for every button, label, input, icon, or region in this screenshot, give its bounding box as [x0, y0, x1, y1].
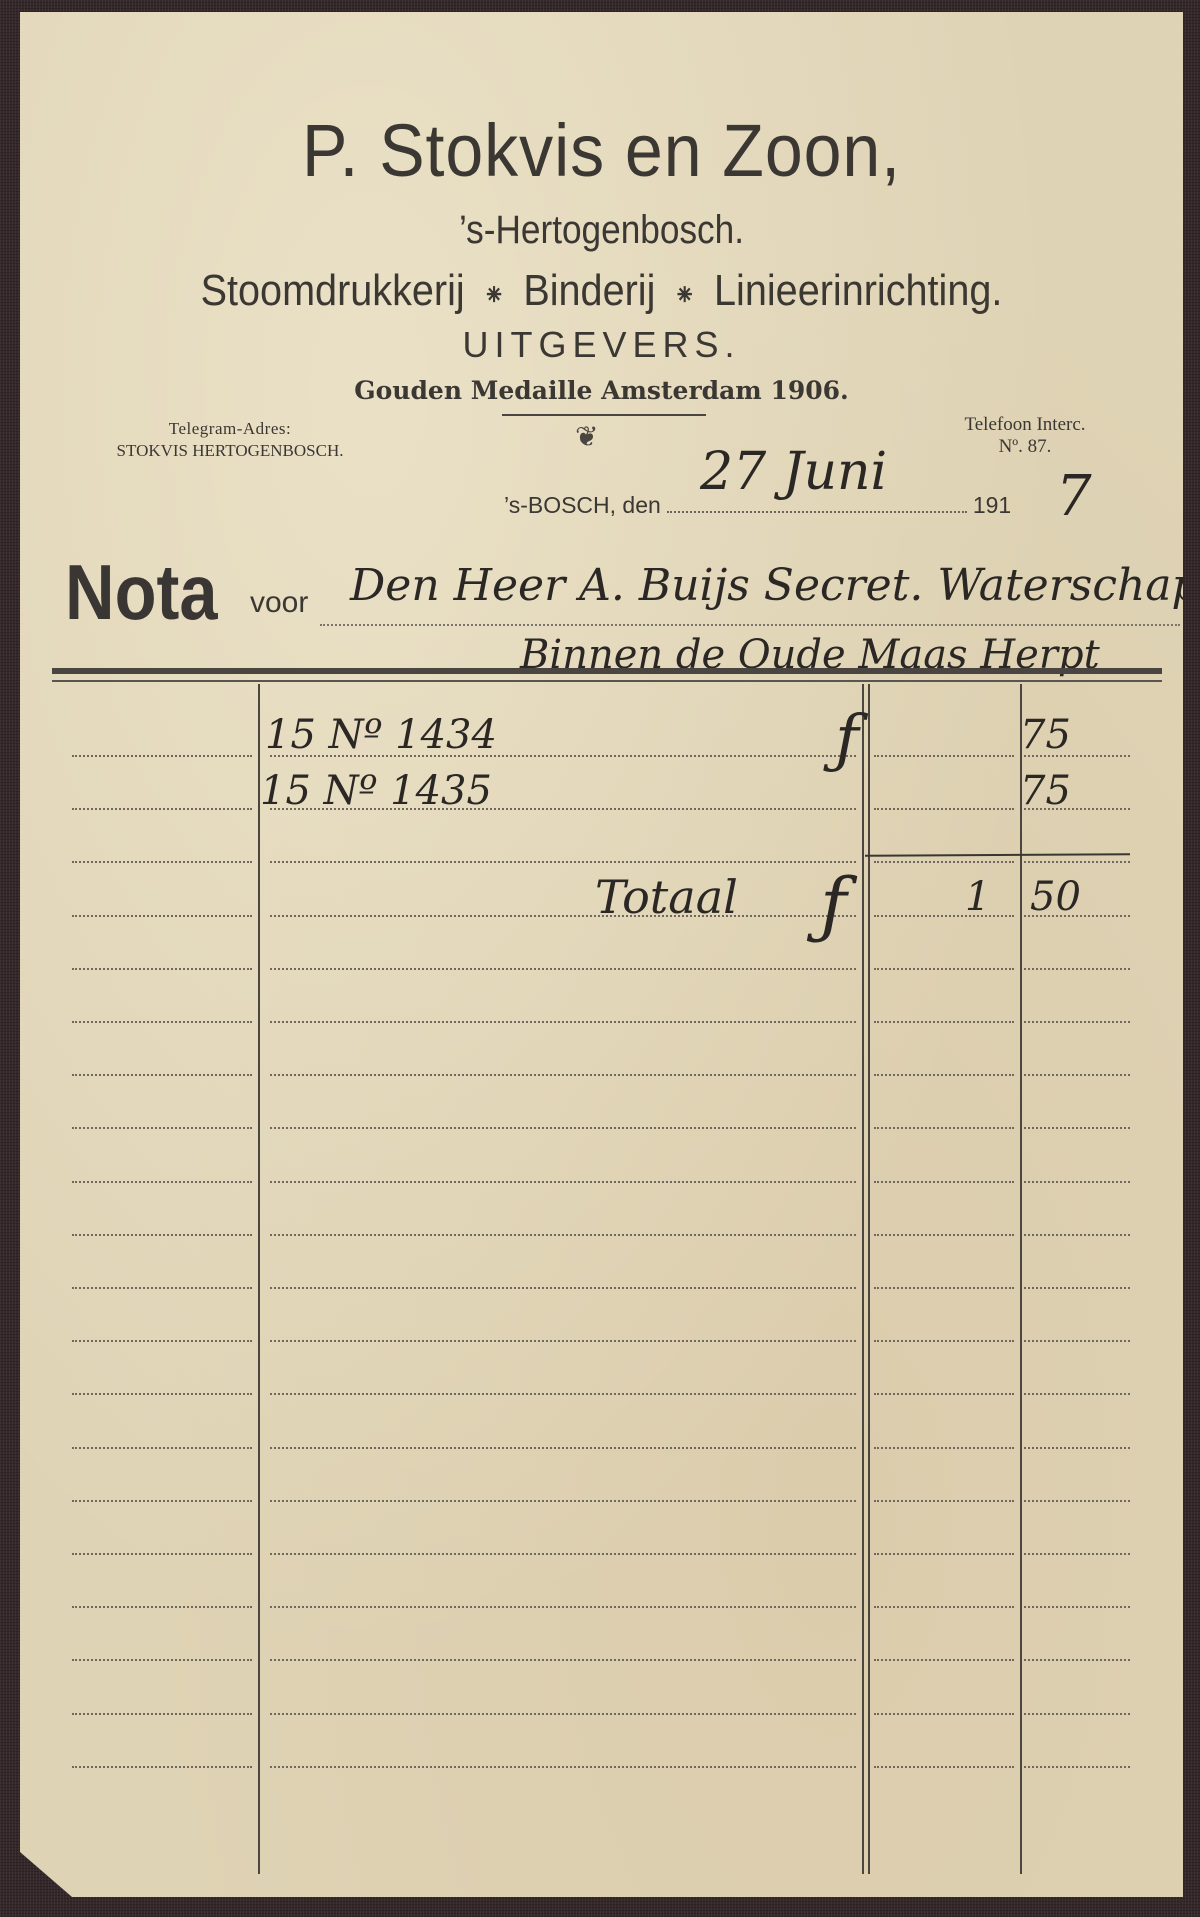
- handwritten-date: 27 Juni: [700, 442, 887, 502]
- place-prefix: ’s-BOSCH, den: [504, 492, 661, 518]
- ledger-dotted-line: [874, 1181, 1014, 1183]
- ledger-dotted-line: [72, 1340, 252, 1342]
- ledger-dotted-line: [270, 968, 856, 970]
- ledger-dotted-line: [72, 1766, 252, 1768]
- invoice-paper: P. Stokvis en Zoon, ’s-Hertogenbosch. St…: [20, 12, 1183, 1897]
- line-item-cents: 75: [1020, 768, 1071, 814]
- ledger-dotted-line: [72, 1713, 252, 1715]
- ledger-dotted-line: [874, 808, 1014, 810]
- total-label: Totaal: [595, 870, 738, 924]
- total-cents: 50: [1030, 874, 1081, 920]
- ledger-dotted-line: [874, 915, 1014, 917]
- ledger-dotted-line: [270, 1074, 856, 1076]
- ledger-dotted-line: [1024, 1766, 1130, 1768]
- ledger-dotted-line: [1024, 861, 1130, 863]
- ledger-dotted-line: [874, 1500, 1014, 1502]
- ledger-dotted-line: [270, 1234, 856, 1236]
- for-label: voor: [250, 586, 308, 620]
- ledger-dotted-line: [1024, 1447, 1130, 1449]
- ledger-dotted-line: [1024, 1340, 1130, 1342]
- ledger-dotted-line: [1024, 1553, 1130, 1555]
- ledger-dotted-line: [874, 1713, 1014, 1715]
- ledger-dotted-line: [1024, 1659, 1130, 1661]
- firm-services: Stoomdrukkerij ⁕ Binderij ⁕ Linieerinric…: [78, 266, 1125, 316]
- ledger-dotted-line: [270, 1553, 856, 1555]
- telephone-label: Telefoon Interc.: [940, 414, 1110, 436]
- ledger-dotted-line: [874, 1234, 1014, 1236]
- recipient-line-1: Den Heer A. Buijs Secret. Waterschap: [350, 560, 1200, 611]
- column-rule-amount-left-inner: [868, 684, 870, 1874]
- ledger-dotted-line: [270, 1340, 856, 1342]
- header-heavy-rule: [52, 668, 1162, 674]
- ledger-dotted-line: [72, 1447, 252, 1449]
- ledger-dotted-line: [270, 1181, 856, 1183]
- ledger-dotted-line: [72, 1127, 252, 1129]
- ledger-dotted-line: [270, 1713, 856, 1715]
- recipient-dotted-line: [320, 624, 1180, 626]
- ledger-dotted-line: [72, 1287, 252, 1289]
- ledger-dotted-line: [874, 968, 1014, 970]
- telegram-address: Telegram-Adres: STOKVIS HERTOGENBOSCH.: [100, 418, 360, 462]
- ledger-dotted-line: [874, 1447, 1014, 1449]
- publishers-label: UITGEVERS.: [20, 324, 1183, 366]
- ledger-dotted-line: [270, 1447, 856, 1449]
- ledger-dotted-line: [1024, 1234, 1130, 1236]
- handwritten-year-digit: 7: [1056, 464, 1092, 529]
- telephone-info: Telefoon Interc. Nº. 87.: [940, 414, 1110, 458]
- ledger-dotted-line: [270, 1393, 856, 1395]
- telegram-value: STOKVIS HERTOGENBOSCH.: [100, 440, 360, 462]
- header-divider: [502, 414, 706, 416]
- ledger-dotted-line: [874, 1340, 1014, 1342]
- column-rule-cents: [1020, 684, 1022, 1874]
- ledger-dotted-line: [72, 1553, 252, 1555]
- ledger-dotted-line: [270, 1659, 856, 1661]
- service-bindery: Binderij: [523, 266, 655, 316]
- line-item-description: 15 Nº 1435: [260, 768, 492, 814]
- ledger-dotted-line: [72, 808, 252, 810]
- ledger-dotted-line: [72, 915, 252, 917]
- ledger-dotted-line: [874, 1659, 1014, 1661]
- service-ruling: Linieerinrichting.: [714, 266, 1002, 316]
- line-item-cents: 75: [1020, 712, 1071, 758]
- ledger-dotted-line: [1024, 1074, 1130, 1076]
- column-rule-amount-left: [862, 684, 864, 1874]
- ledger-dotted-line: [874, 1074, 1014, 1076]
- ledger-dotted-line: [1024, 1393, 1130, 1395]
- ledger-dotted-line: [1024, 968, 1130, 970]
- ledger-dotted-line: [270, 1021, 856, 1023]
- ledger-dotted-line: [72, 755, 252, 757]
- ledger-dotted-line: [1024, 1500, 1130, 1502]
- ledger-dotted-line: [874, 1127, 1014, 1129]
- ledger-dotted-line: [72, 1500, 252, 1502]
- ornament-icon: ❦: [575, 420, 598, 453]
- ledger-dotted-line: [874, 1766, 1014, 1768]
- total-guilders: 1: [965, 874, 990, 920]
- subtotal-rule: [865, 853, 1130, 856]
- firm-city: ’s-Hertogenbosch.: [90, 208, 1113, 253]
- currency-guilder-icon: ƒ: [820, 862, 847, 946]
- year-printed: 191: [973, 492, 1011, 518]
- ledger-dotted-line: [1024, 1606, 1130, 1608]
- ledger-dotted-line: [1024, 1021, 1130, 1023]
- currency-guilder-icon: ƒ: [835, 702, 859, 776]
- firm-name: P. Stokvis en Zoon,: [67, 108, 1137, 193]
- medal-award: Gouden Medaille Amsterdam 1906.: [20, 376, 1183, 405]
- ledger-dotted-line: [72, 1021, 252, 1023]
- ledger-dotted-line: [874, 861, 1014, 863]
- ledger-dotted-line: [72, 1659, 252, 1661]
- ledger-dotted-line: [72, 1074, 252, 1076]
- ledger-dotted-line: [874, 1287, 1014, 1289]
- ledger-dotted-line: [874, 1021, 1014, 1023]
- ledger-dotted-line: [1024, 1127, 1130, 1129]
- column-rule-date: [258, 684, 260, 1874]
- invoice-title: Nota: [65, 547, 218, 638]
- ledger-dotted-line: [270, 1287, 856, 1289]
- header-thin-rule: [52, 680, 1162, 682]
- ledger-dotted-line: [1024, 1287, 1130, 1289]
- ledger-dotted-line: [270, 1127, 856, 1129]
- ledger-dotted-line: [270, 1606, 856, 1608]
- ledger-dotted-line: [874, 1393, 1014, 1395]
- service-printing: Stoomdrukkerij: [201, 266, 465, 316]
- ledger-dotted-line: [270, 1500, 856, 1502]
- ledger-dotted-line: [72, 861, 252, 863]
- line-item-description: 15 Nº 1434: [265, 712, 497, 758]
- telephone-number: Nº. 87.: [940, 436, 1110, 458]
- ledger-dotted-line: [72, 1234, 252, 1236]
- ledger-dotted-line: [1024, 1181, 1130, 1183]
- separator-star-icon: ⁕: [673, 278, 696, 313]
- ledger-dotted-line: [1024, 1713, 1130, 1715]
- ledger-dotted-line: [72, 1181, 252, 1183]
- ledger-dotted-line: [874, 1606, 1014, 1608]
- ledger-dotted-line: [72, 1606, 252, 1608]
- ledger-dotted-line: [270, 915, 856, 917]
- ledger-dotted-line: [874, 1553, 1014, 1555]
- date-dotted-line: [667, 511, 967, 513]
- ledger-dotted-line: [270, 1766, 856, 1768]
- ledger-dotted-line: [72, 968, 252, 970]
- ledger-dotted-line: [874, 755, 1014, 757]
- telegram-label: Telegram-Adres:: [100, 418, 360, 440]
- ledger-dotted-line: [72, 1393, 252, 1395]
- ledger-dotted-line: [270, 861, 856, 863]
- separator-star-icon: ⁕: [483, 278, 506, 313]
